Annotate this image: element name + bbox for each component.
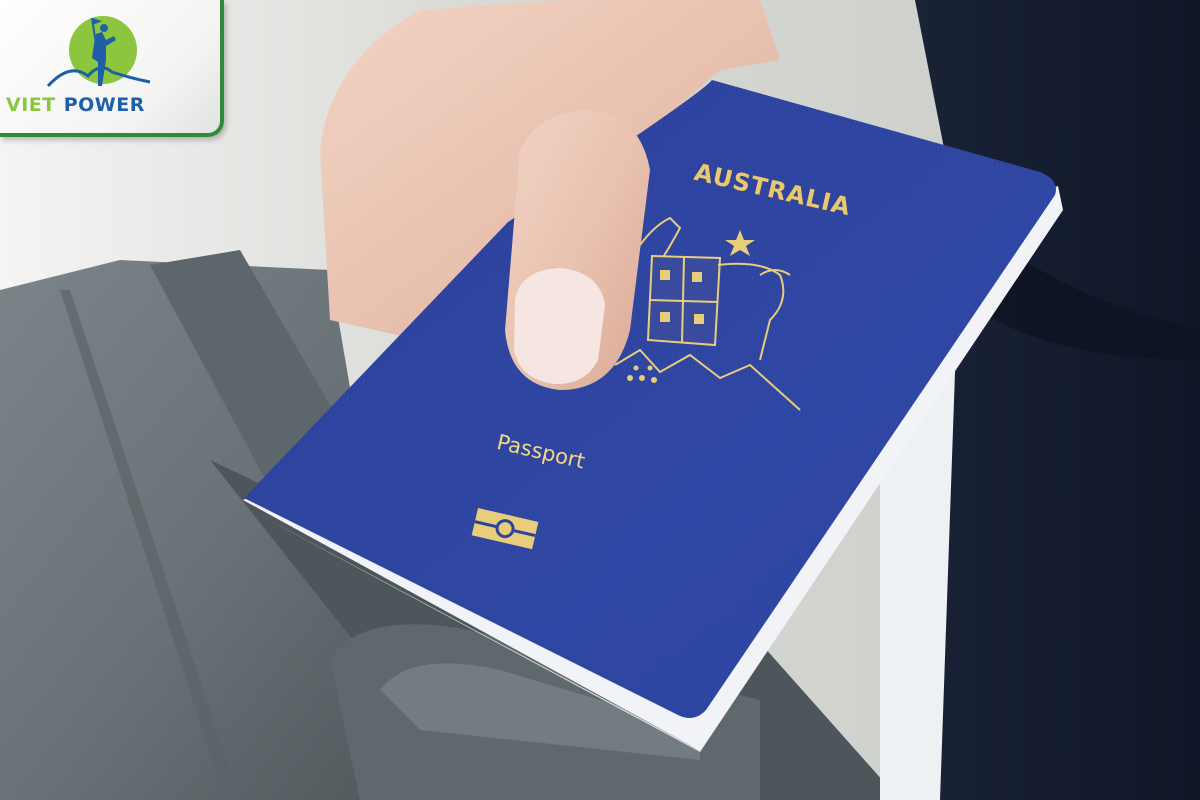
hiker-with-flag-icon [40, 14, 160, 94]
brand-name: VIETPOWER [6, 94, 196, 116]
brand-name-primary: VIET [6, 94, 56, 116]
brand-logo: VIETPOWER [0, 0, 224, 137]
brand-name-secondary: POWER [64, 94, 145, 116]
